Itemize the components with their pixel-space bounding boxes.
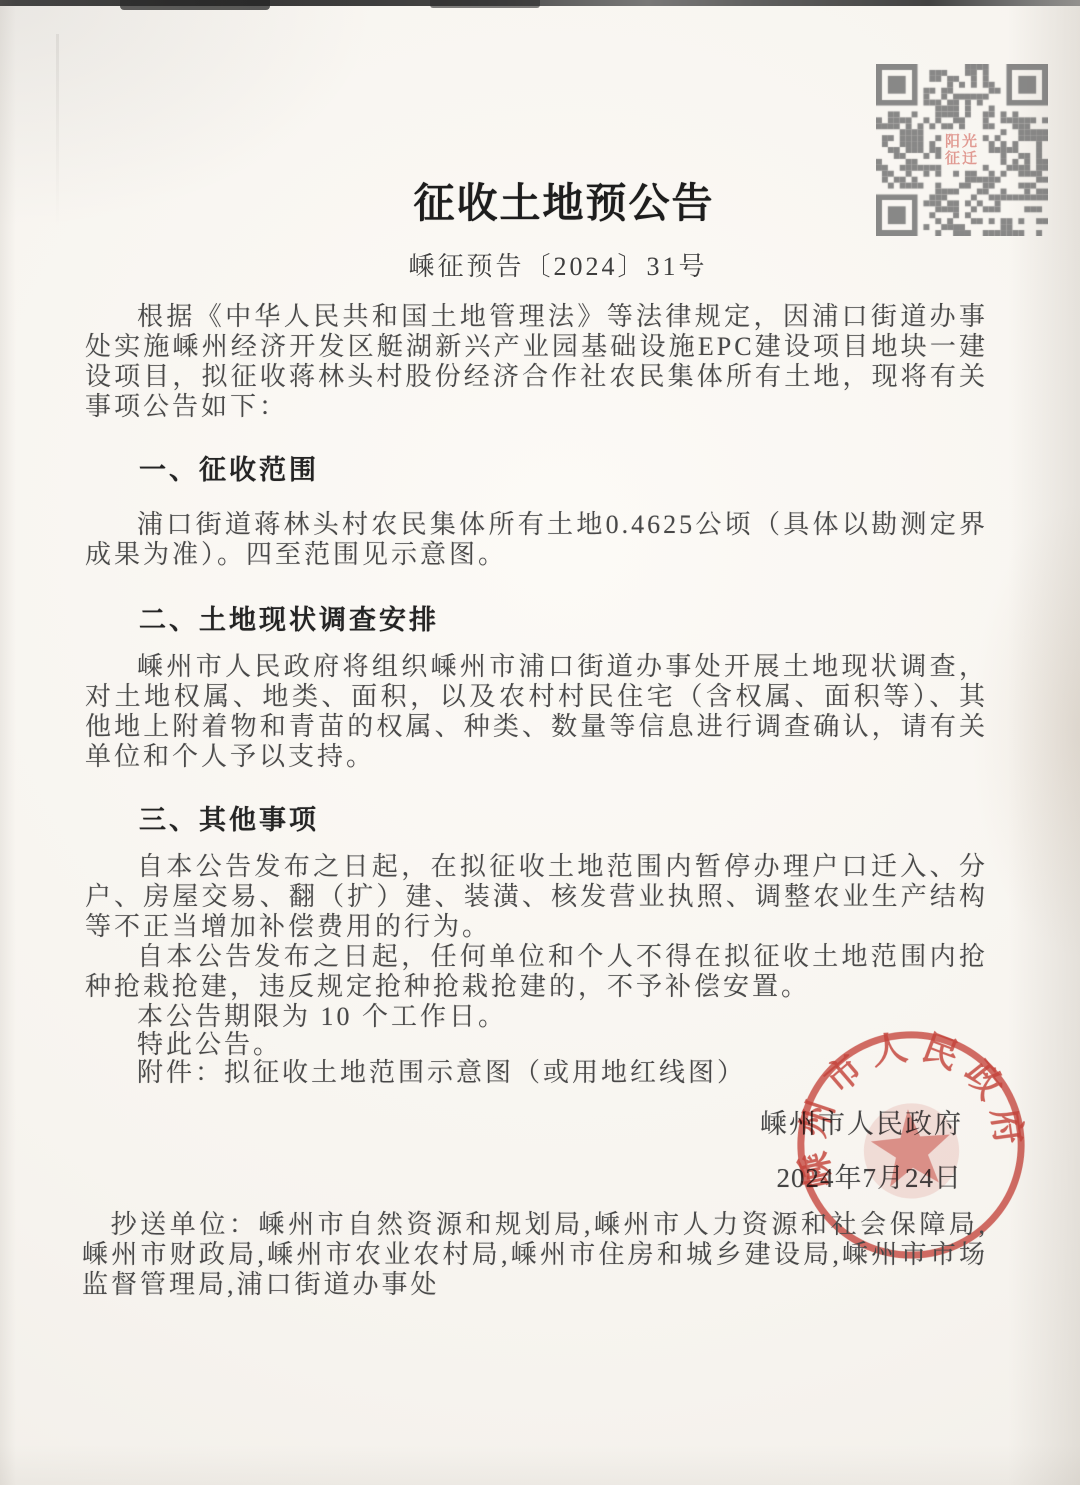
cc-units: 抄送单位：嵊州市自然资源和规划局,嵊州市人力资源和社会保障局,嵊州市财政局,嵊州… — [82, 1210, 988, 1300]
qr-center-label: 阳光 征迁 — [945, 133, 979, 167]
section-1-heading: 一、征收范围 — [85, 448, 988, 487]
section-1-paragraph: 浦口街道蒋林头村农民集体所有土地0.4625公顷（具体以勘测定界成果为准）。四至… — [85, 510, 988, 570]
intro-paragraph: 根据《中华人民共和国土地管理法》等法律规定，因浦口街道办事处实施嵊州经济开发区艇… — [85, 302, 988, 422]
qr-label-line1: 阳光 — [945, 133, 979, 150]
section-3-paragraph-2: 自本公告发布之日起，任何单位和个人不得在拟征收土地范围内抢种抢栽抢建，违反规定抢… — [85, 942, 988, 1002]
section-3-paragraph-1: 自本公告发布之日起，在拟征收土地范围内暂停办理户口迁入、分户、房屋交易、翻（扩）… — [85, 852, 988, 942]
qr-label-line2: 征迁 — [945, 150, 979, 167]
scan-edge-artifact — [430, 0, 540, 8]
paper-shading — [0, 1445, 1080, 1485]
document-title: 征收土地预公告 — [24, 170, 1080, 229]
scanned-announcement-page: 阳光 征迁 征收土地预公告 嵊征预告〔2024〕31号 根据《中华人民共和国土地… — [0, 0, 1080, 1485]
section-2-heading: 二、土地现状调查安排 — [85, 598, 988, 637]
document-number: 嵊征预告〔2024〕31号 — [18, 246, 1080, 283]
paper-shading — [0, 0, 16, 1485]
section-3-heading: 三、其他事项 — [85, 798, 988, 837]
section-2-paragraph: 嵊州市人民政府将组织嵊州市浦口街道办事处开展土地现状调查，对土地权属、地类、面积… — [85, 652, 988, 772]
